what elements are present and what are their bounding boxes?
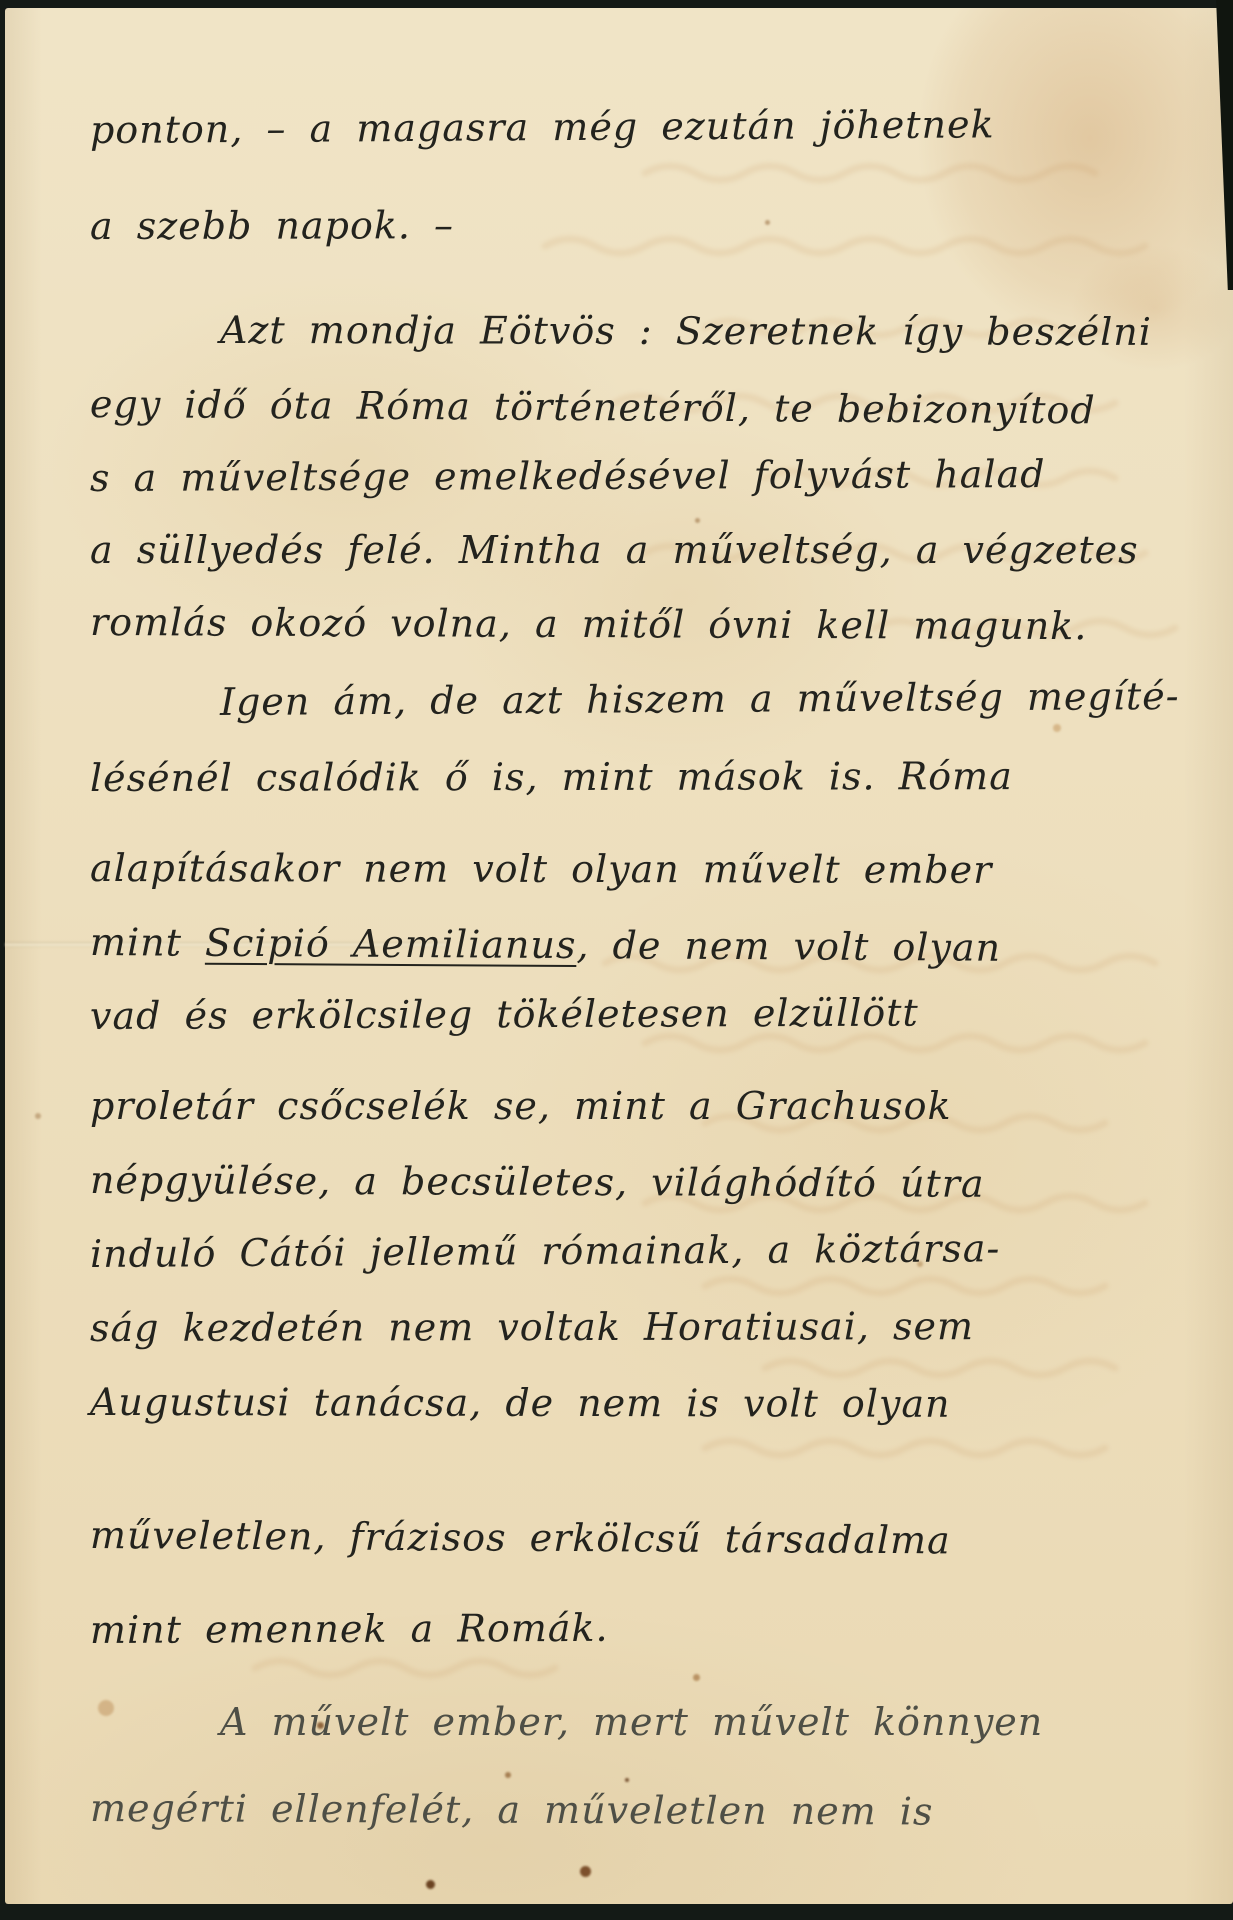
fox-spot [695,518,700,523]
fox-spot [625,1778,629,1782]
manuscript-line-14: népgyülése, a becsületes, világhódító út… [90,1158,985,1206]
fox-spot [35,1113,41,1119]
fox-spot [580,1866,591,1877]
manuscript-line-12: vad és erkölcsileg tökéletesen elzüllött [90,991,919,1038]
fox-spot [426,1880,435,1889]
manuscript-line-15: induló Cátói jellemű rómainak, a köztárs… [90,1226,1001,1276]
manuscript-line-21: megérti ellenfelét, a műveletlen nem is [90,1786,934,1834]
manuscript-line-16: ság kezdetén nem voltak Horatiusai, sem [90,1304,974,1350]
fox-spot [917,1261,923,1267]
fox-spot [765,220,770,225]
paper-sheet: ponton, – a magasra még ezután jöhetneka… [5,8,1233,1904]
manuscript-line-2: a szebb napok. – [90,203,454,248]
manuscript-line-5: s a műveltsége emelkedésével folyvást ha… [90,452,1046,500]
manuscript-line-11: mint Scipió Aemilianus, de nem volt olya… [90,920,1001,970]
manuscript-line-4: egy idő óta Róma történetéről, te bebizo… [90,382,1096,432]
fox-spot [98,1700,114,1716]
manuscript-line-18: műveletlen, frázisos erkölcsű társadalma [90,1513,951,1562]
manuscript-line-17: Augustusi tanácsa, de nem is volt olyan [90,1380,951,1426]
manuscript-line-10: alapításakor nem volt olyan művelt ember [90,846,992,892]
manuscript-line-3: Azt mondja Eötvös : Szeretnek így beszél… [220,308,1152,354]
manuscript-page: ponton, – a magasra még ezután jöhetneka… [0,0,1233,1920]
manuscript-line-8: Igen ám, de azt hiszem a műveltség megít… [220,674,1180,724]
manuscript-line-19: mint emennek a Romák. [90,1606,609,1652]
manuscript-line-20: A művelt ember, mert művelt könnyen [220,1700,1043,1744]
manuscript-line-7: romlás okozó volna, a mitől óvni kell ma… [90,600,1088,648]
manuscript-line-13: proletár csőcselék se, mint a Grachusok [90,1084,952,1128]
fox-spot [317,1722,324,1729]
fox-spot [505,1772,511,1778]
handwritten-text: ponton, – a magasra még ezután jöhetneka… [5,8,1233,1904]
manuscript-line-6: a süllyedés felé. Mintha a műveltség, a … [90,528,1139,572]
fox-spot [1053,724,1061,732]
manuscript-line-1: ponton, – a magasra még ezután jöhetnek [90,102,995,152]
manuscript-line-9: lésénél csalódik ő is, mint mások is. Ró… [90,754,1013,800]
fox-spot [693,1674,700,1681]
